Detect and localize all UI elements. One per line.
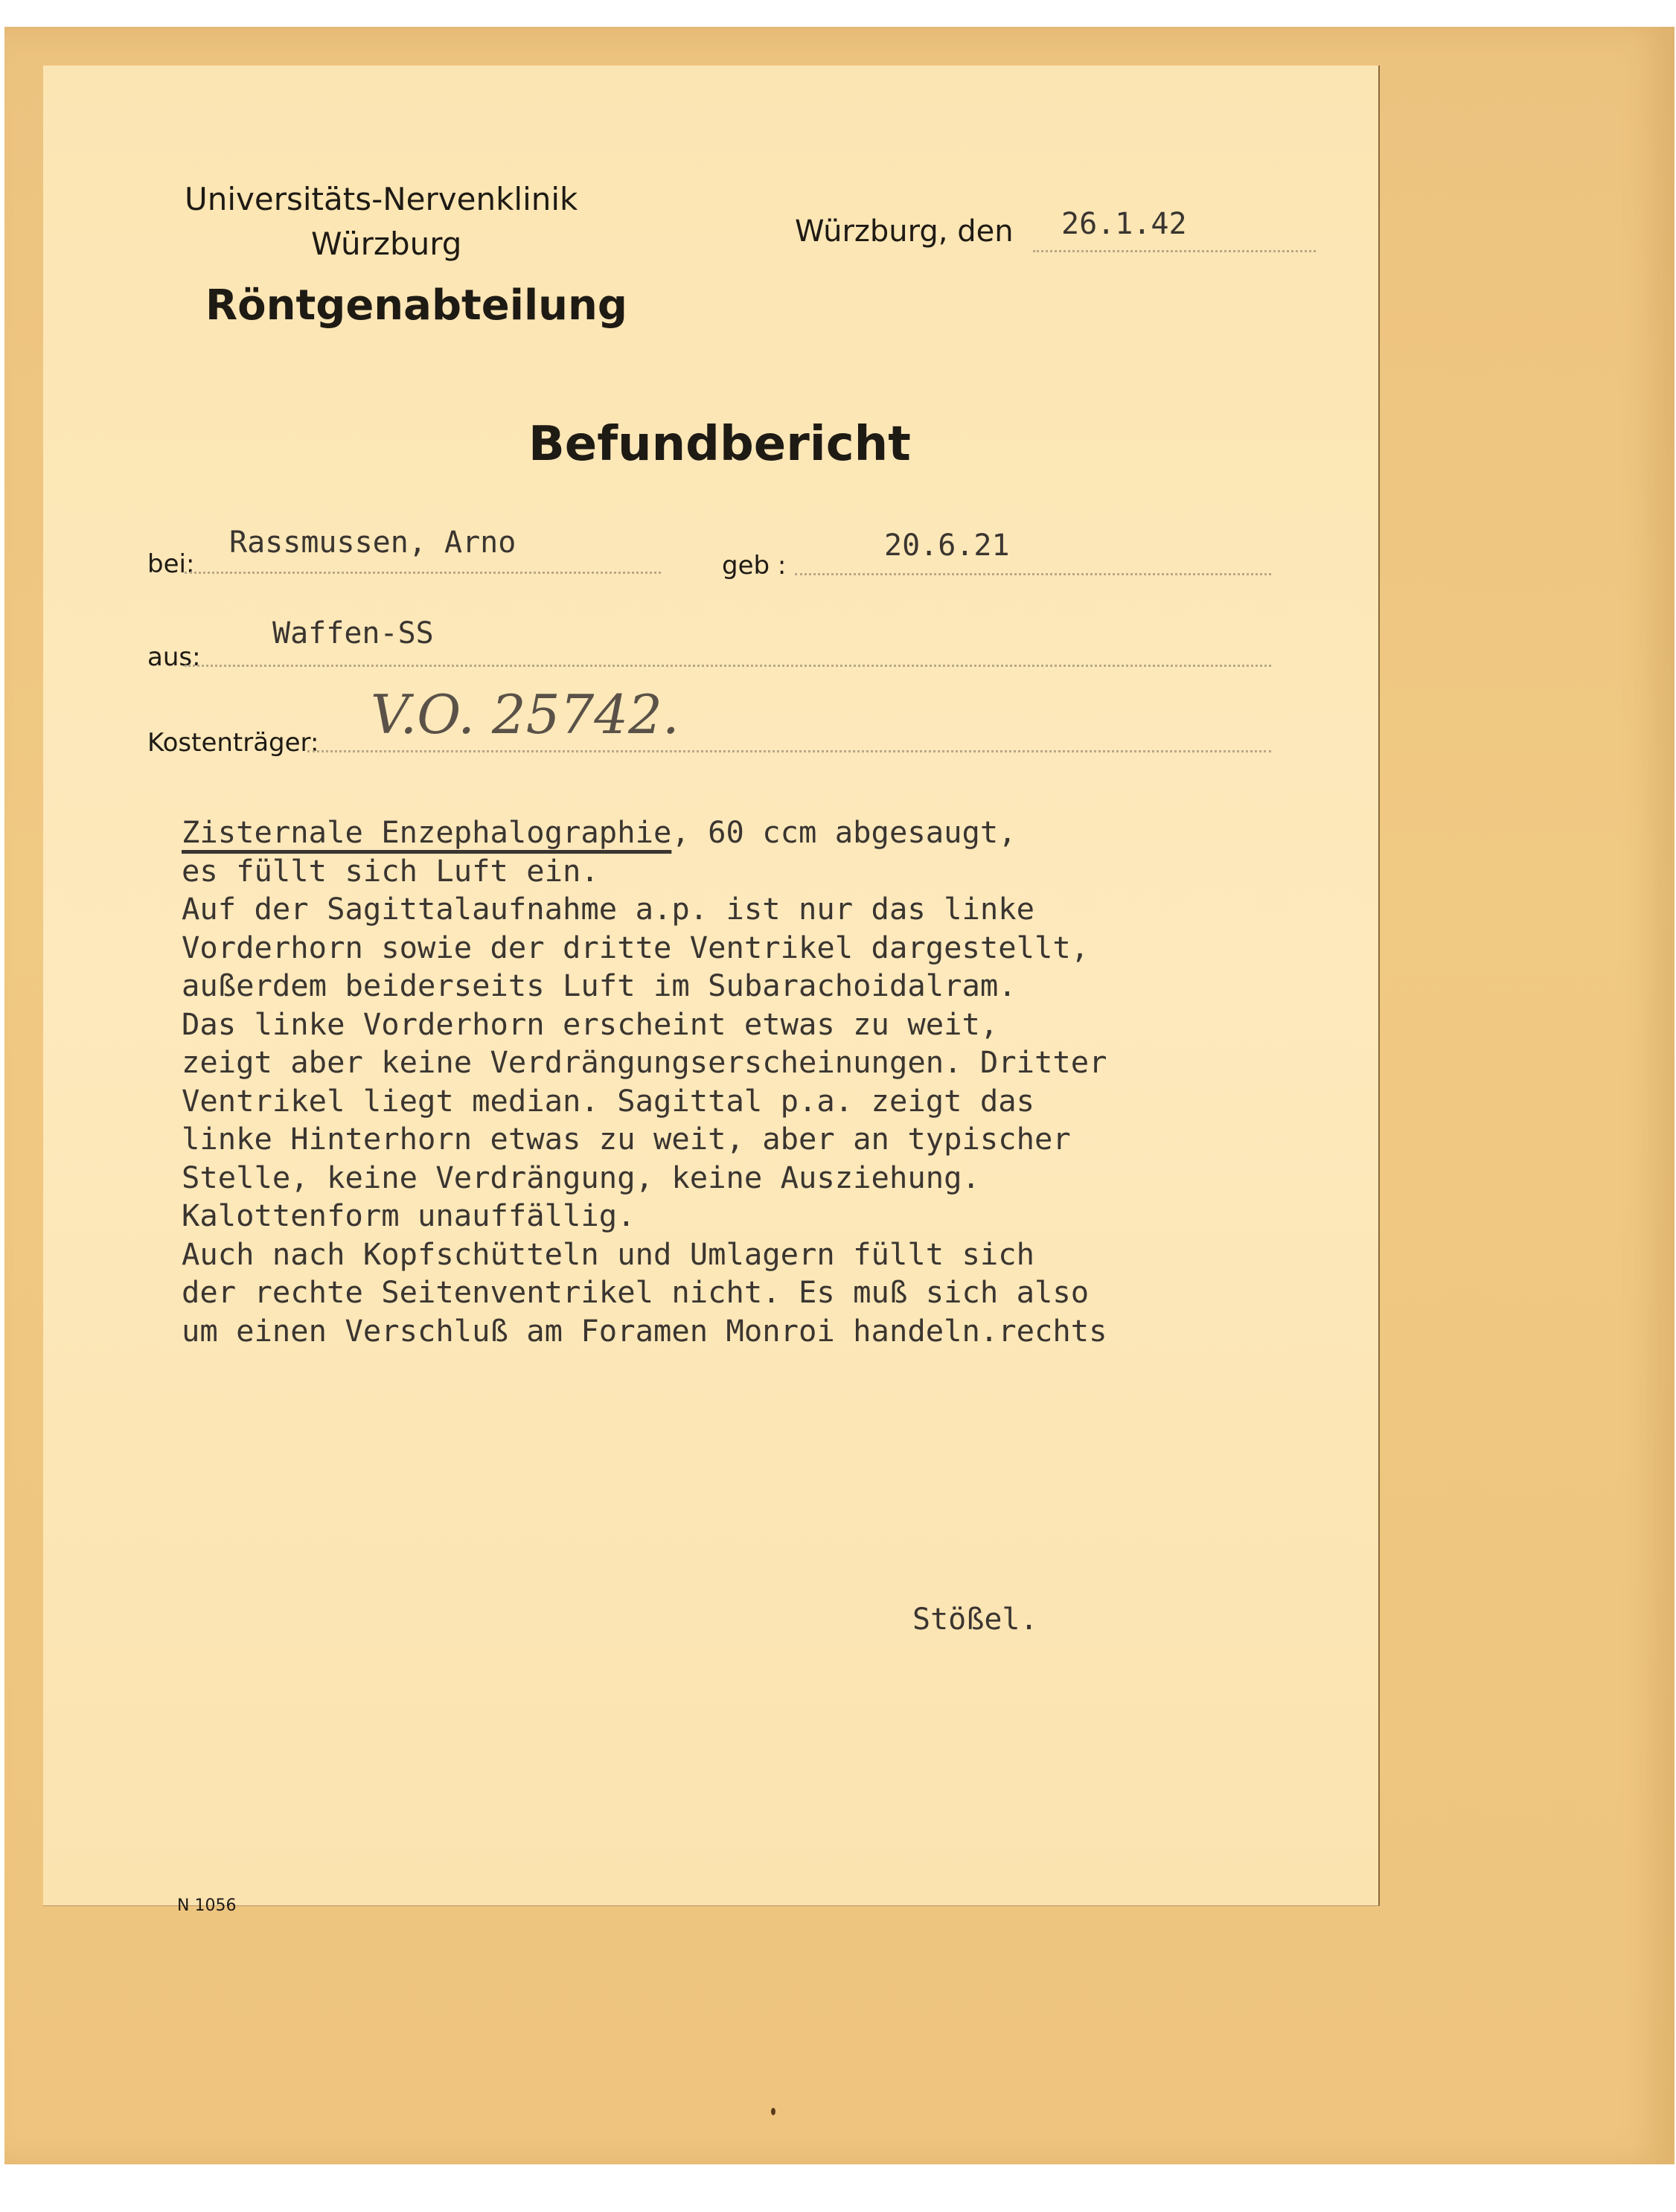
origin-value: Waffen-SS (272, 616, 434, 651)
form-number: N 1056 (177, 1896, 236, 1915)
payer-handwritten-value: V.O. 25742. (371, 683, 679, 746)
report-line: außerdem beiderseits Luft im Subarachoid… (182, 968, 1017, 1003)
signature: Stößel. (912, 1602, 1038, 1637)
payer-label: Kostenträger: (147, 728, 319, 758)
report-line: Vorderhorn sowie der dritte Ventrikel da… (182, 930, 1089, 965)
report-line: Auch nach Kopfschütteln und Umlagern fül… (182, 1236, 1034, 1272)
letterhead-department: Röntgenabteilung (205, 281, 627, 330)
birth-dotted-line (795, 573, 1271, 575)
document-title: Befundbericht (528, 417, 911, 472)
letterhead-institution: Universitäts-Nervenklinik (185, 181, 578, 217)
birth-date: 20.6.21 (884, 528, 1010, 563)
report-body: Zisternale Enzephalographie, 60 ccm abge… (182, 813, 1387, 1350)
report-line: , 60 ccm abgesaugt, (671, 814, 1016, 850)
origin-label: aus: (147, 642, 201, 672)
origin-dotted-line (185, 665, 1271, 667)
report-line: Das linke Vorderhorn erscheint etwas zu … (182, 1006, 998, 1042)
report-line: Kalottenform unauffällig. (182, 1198, 636, 1233)
date-dotted-line (1033, 250, 1316, 252)
report-line: Stelle, keine Verdrängung, keine Auszieh… (182, 1160, 980, 1195)
report-date: 26.1.42 (1061, 207, 1187, 241)
report-line: Auf der Sagittalaufnahme a.p. ist nur da… (182, 891, 1034, 927)
report-heading: Zisternale Enzephalographie (182, 814, 671, 850)
report-line: linke Hinterhorn etwas zu weit, aber an … (182, 1121, 1071, 1157)
report-line: um einen Verschluß am Foramen Monroi han… (182, 1313, 1107, 1349)
patient-name: Rassmussen, Arno (229, 525, 516, 560)
patient-label: bei: (147, 549, 194, 579)
letterhead-city: Würzburg (311, 226, 461, 262)
place-label: Würzburg, den (795, 214, 1014, 249)
folder-spot (771, 2108, 775, 2115)
report-line: der rechte Seitenventrikel nicht. Es muß… (182, 1274, 1089, 1310)
payer-dotted-line (307, 750, 1271, 752)
patient-dotted-line (185, 572, 661, 574)
report-line: es füllt sich Luft ein. (182, 853, 599, 889)
birth-label: geb : (722, 551, 786, 581)
report-line: zeigt aber keine Verdrängungserscheinung… (182, 1044, 1107, 1080)
report-line: Ventrikel liegt median. Sagittal p.a. ze… (182, 1083, 1034, 1119)
report-sheet: Universitäts-Nervenklinik Würzburg Röntg… (43, 65, 1380, 1906)
